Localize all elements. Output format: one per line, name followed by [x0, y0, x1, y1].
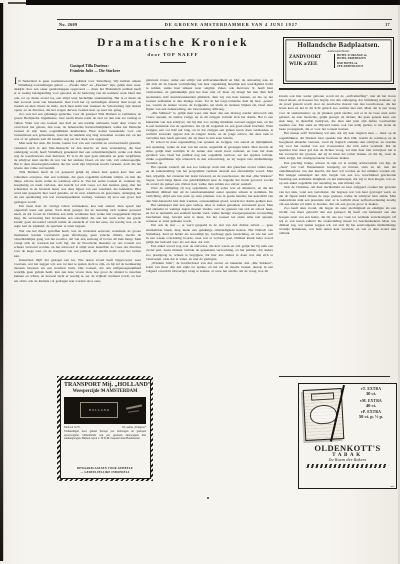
transport-phone: Telefoon 51271	[64, 426, 80, 429]
adv-mark: adv.	[391, 485, 395, 488]
body-paragraph: Men kent het stuk. De freule, laatste lo…	[14, 141, 141, 170]
brace-divider	[334, 61, 335, 68]
resort-name: WIJK a/ZEE	[289, 62, 331, 67]
transport-contact-row: Telefoon 51271 Tel.-Adres „Transport”	[64, 426, 146, 429]
body-paragraph: Intusschen blijft het gastspel een les. …	[14, 258, 141, 283]
byline-rule	[160, 62, 186, 63]
column-1-text: IN Nederland is geen noemenswaardig publ…	[14, 79, 141, 283]
text-column-2: gehuwde vrouw, onder een schijn van zelf…	[146, 78, 273, 480]
body-paragraph: Er school in deze tegenstelling van spre…	[146, 140, 273, 165]
review-heading: Gastspel Tilla Durieux: Fräulein Julie —…	[70, 64, 141, 74]
ad-transport-inner: TRANSPORT Mij. „HOLLAND” Weesperzijde 94…	[60, 379, 151, 479]
resort-name: ZANDVOORT	[289, 55, 331, 60]
scan-edge-top-tick	[8, 2, 26, 4]
body-paragraph: gehuwde vrouw, onder een schijn van zelf…	[146, 78, 273, 111]
newspaper-page: No. 2609 DE GROENE AMSTERDAMMER VAN 4 JU…	[0, 0, 400, 564]
body-paragraph: Een prachtig brokje, schoon in zijn rol …	[279, 161, 396, 186]
column-rule-above-tobacco-ad	[279, 376, 390, 377]
transport-body-text: Verhuizingen door geheel Europa per bebw…	[64, 430, 146, 441]
hotel-list: BAD HOTEL en ZEE-DEPENDANCE	[337, 62, 363, 69]
tobacco-package-illustration	[303, 388, 345, 441]
ad-badplaatsen-row: ZANDVOORT HOTEL D'ORANGE en HOTEL DRIEHU…	[288, 54, 389, 61]
column-rule-under-ad	[279, 88, 396, 90]
body-paragraph: Wat ons het meest getroffen heeft, was d…	[14, 229, 141, 258]
oldenkott-brand: OLDENKOTT'S	[301, 443, 394, 453]
ad-badplaatsen-subtitle: Aanbevolen Hotels:	[288, 50, 389, 53]
scan-edge-left	[0, 3, 3, 561]
page-header: No. 2609 DE GROENE AMSTERDAMMER VAN 4 JU…	[57, 19, 392, 30]
body-paragraph: Het samenspel met den gast verliep, alle…	[146, 203, 273, 224]
price-item: vP. EXTRA 50 ct. p. ½ p.	[349, 410, 393, 419]
van-horse-line2	[128, 410, 140, 413]
review-heading-line2: Fräulein Julie — Die Stärkere	[70, 69, 141, 74]
body-paragraph: „Die Stärkere” is, gelijk men weet, niet…	[146, 111, 273, 140]
text-column-3: kwade ook hier weder geboren wordt uit d…	[279, 94, 396, 371]
ad-transport-holland: TRANSPORT Mij. „HOLLAND” Weesperzijde 94…	[57, 376, 153, 481]
body-paragraph: IN Nederland is geen noemenswaardig publ…	[14, 79, 141, 112]
ad-badplaatsen-title: Hollandsche Badplaatsen.	[288, 41, 389, 49]
brace-divider	[334, 54, 335, 61]
moving-van-illustration: HOLLAND	[64, 397, 146, 424]
price-value: 40 ct.	[349, 403, 393, 408]
text-column-1: Gastspel Tilla Durieux: Fräulein Julie —…	[14, 63, 141, 374]
body-paragraph: Dat ook de taal — er werd gespeeld in de…	[146, 223, 273, 244]
issue-number: No. 2609	[59, 22, 77, 27]
price-list: vT. EXTRA 30 ct. vM. EXTRA 40 ct. vP. EX…	[349, 387, 393, 422]
hotel-line: HOTEL DRIEHUIZEN	[337, 57, 367, 60]
oldenkott-upper: vT. EXTRA 30 ct. vM. EXTRA 40 ct. vP. EX…	[301, 386, 394, 442]
price-item: vM. EXTRA 40 ct.	[349, 399, 393, 408]
scan-edge-top	[26, 0, 400, 5]
van-body: HOLLAND	[80, 402, 118, 418]
column-2-text: gehuwde vrouw, onder een schijn van zelf…	[146, 78, 273, 273]
body-paragraph: „Fräulein Julie”, de hoofdschotel van de…	[146, 261, 273, 273]
transport-title: TRANSPORT Mij. „HOLLAND”	[64, 382, 146, 388]
body-paragraph: Zoo was het een gelukkige gedachte, voor…	[14, 112, 141, 141]
ad-badplaatsen-row: WIJK a/ZEE BAD HOTEL en ZEE-DEPENDANCE	[288, 61, 389, 68]
body-paragraph: kwade ook hier weder geboren wordt uit d…	[279, 94, 396, 131]
masthead-title: DE GROENE AMSTERDAMMER VAN 4 JUNI 1927	[165, 22, 298, 27]
body-paragraph: Over de omlijsting zij nog opgemerkt, da…	[146, 186, 273, 203]
laurel-garland-decoration	[306, 464, 388, 468]
ink-speck	[207, 497, 209, 499]
column-3-text: kwade ook hier weder geboren wordt uit d…	[279, 94, 396, 235]
transport-footer: BEWAARPLAATSEN VOOR GEHEELE — GEDEELTELI…	[64, 467, 146, 475]
price-item: vT. EXTRA 30 ct.	[349, 387, 393, 396]
body-paragraph: Een enkel woord nog over de entr'actes, …	[146, 244, 273, 261]
page-number: 17	[385, 22, 390, 27]
body-paragraph: Ook de Christine, om haar nuchterheid en…	[279, 185, 396, 206]
oldenkott-tagline: De Roem der Rokers	[301, 458, 394, 462]
ad-hollandsche-badplaatsen: Hollandsche Badplaatsen. Aanbevolen Hote…	[283, 37, 394, 84]
transport-address: Weesperzijde 94 AMSTERDAM	[64, 389, 146, 394]
price-value: 50 ct. p. ½ p.	[349, 414, 393, 419]
van-horse-line	[126, 405, 142, 410]
transport-footer-line2: — GEDEELTELIJKE INBOEDELS	[64, 471, 146, 475]
body-paragraph: Dat naast haar de overige rollen verblee…	[14, 204, 141, 229]
body-paragraph: Tilla Durieux heeft de rol gespeeld geli…	[14, 170, 141, 203]
body-paragraph: Het meisje zelf? Strindberg wil niet, da…	[279, 131, 396, 160]
body-paragraph: Het spreekt vanzelf, dat een zoo beknopt…	[146, 165, 273, 186]
price-value: 30 ct.	[349, 391, 393, 396]
hotel-line: ZEE-DEPENDANCE	[337, 65, 363, 68]
ad-oldenkotts-tabak: vT. EXTRA 30 ct. vM. EXTRA 40 ct. vP. EX…	[298, 383, 397, 489]
body-paragraph: Zoo heeft deze avond, die begon als eene…	[279, 206, 396, 235]
transport-telegraph-address: Tel.-Adres „Transport”	[122, 426, 146, 429]
hotel-list: HOTEL D'ORANGE en HOTEL DRIEHUIZEN	[337, 54, 367, 61]
